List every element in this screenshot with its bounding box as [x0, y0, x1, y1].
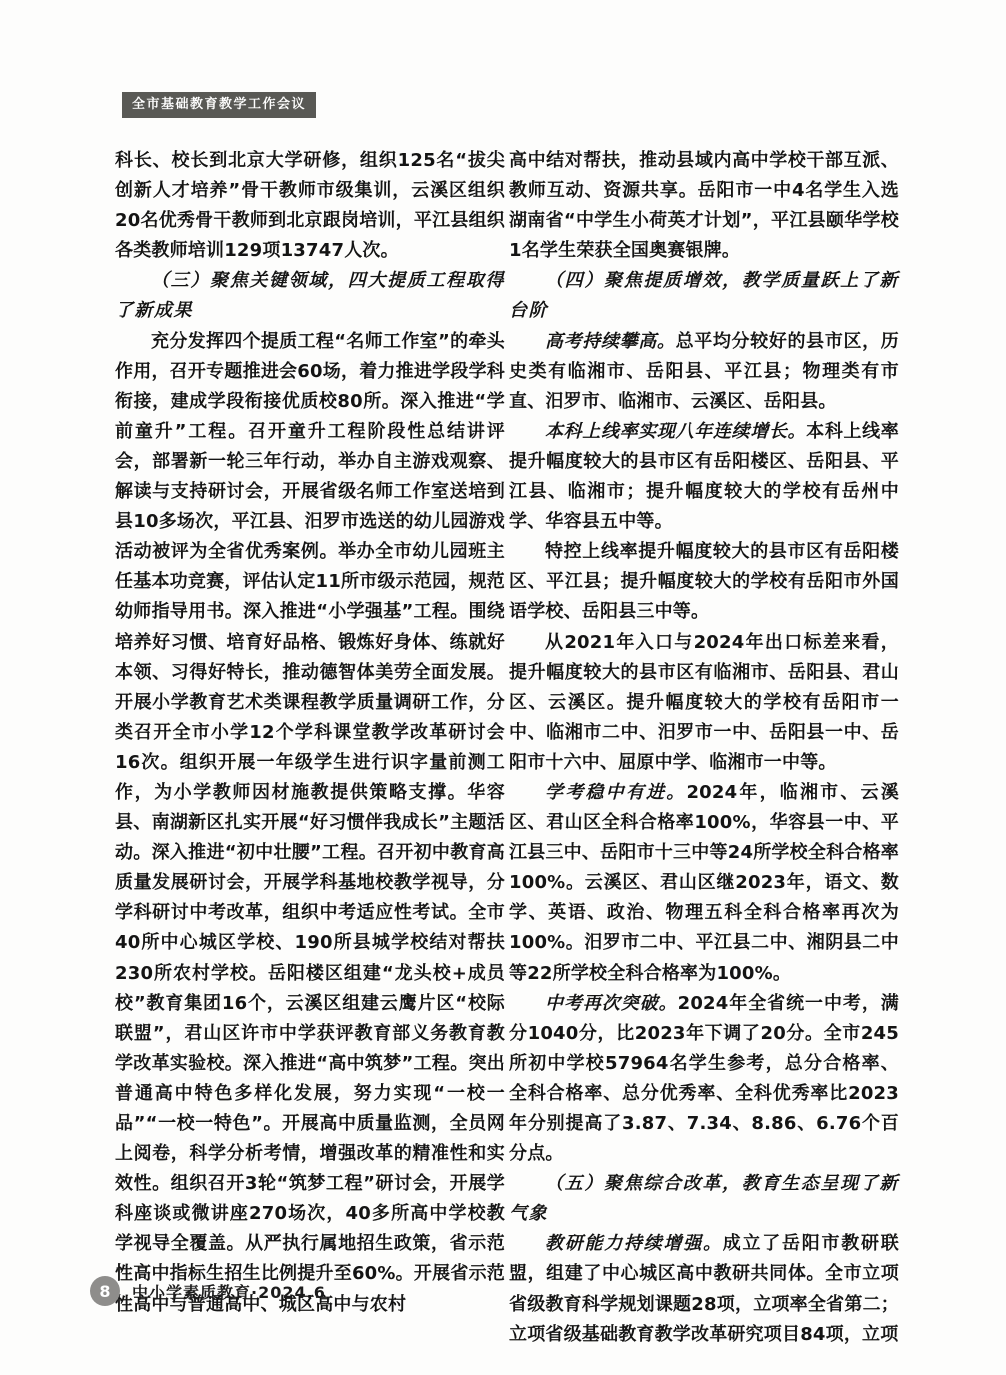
page-footer: 8 中小学素质教育·2024.6 [90, 1276, 326, 1306]
paragraph-lead: 本科上线率实现八年连续增长。 [545, 421, 806, 442]
document-page: 全市基础教育教学工作会议 科长、校长到北京大学研修，组织125名“拔尖创新人才培… [0, 0, 1006, 1375]
paragraph: 高考持续攀高。总平均分较好的县市区，历史类有临湘市、岳阳县、平江县；物理类有市直… [509, 327, 899, 417]
subsection-heading: （五）聚焦综合改革，教育生态呈现了新气象 [509, 1169, 899, 1229]
page-number-badge: 8 [90, 1276, 120, 1306]
paragraph: 学考稳中有进。2024年，临湘市、云溪区、君山区全科合格率100%，华容县一中、… [509, 778, 899, 989]
paragraph: 科长、校长到北京大学研修，组织125名“拔尖创新人才培养”骨干教师市级集训，云溪… [115, 146, 505, 266]
subsection-heading: （三）聚焦关键领域，四大提质工程取得了新成果 [115, 266, 505, 326]
paragraph: 高中结对帮扶，推动县域内高中学校干部互派、教师互动、资源共享。岳阳市一中4名学生… [509, 146, 899, 266]
subsection-heading: （四）聚焦提质增效，教学质量跃上了新台阶 [509, 266, 899, 326]
paragraph: 教研能力持续增强。成立了岳阳市教研联盟，组建了中心城区高中教研共同体。全市立项省… [509, 1229, 899, 1349]
paragraph-lead: 学考稳中有进。 [545, 782, 686, 803]
paragraph-lead: 高考持续攀高。 [545, 331, 676, 352]
left-column: 科长、校长到北京大学研修，组织125名“拔尖创新人才培养”骨干教师市级集训，云溪… [115, 146, 505, 1320]
paragraph-lead: 中考再次突破。 [545, 993, 678, 1014]
paragraph: 特控上线率提升幅度较大的县市区有岳阳楼区、平江县；提升幅度较大的学校有岳阳市外国… [509, 537, 899, 627]
paragraph: 从2021年入口与2024年出口标差来看，提升幅度较大的县市区有临湘市、岳阳县、… [509, 628, 899, 778]
section-header-badge: 全市基础教育教学工作会议 [122, 92, 316, 118]
paragraph-lead: 教研能力持续增强。 [545, 1233, 723, 1254]
right-column: 高中结对帮扶，推动县域内高中学校干部互派、教师互动、资源共享。岳阳市一中4名学生… [509, 146, 899, 1350]
journal-title: 中小学素质教育·2024.6 [132, 1280, 326, 1303]
paragraph: 充分发挥四个提质工程“名师工作室”的牵头作用，召开专题推进会60场，着力推进学段… [115, 327, 505, 1320]
paragraph: 中考再次突破。2024年全省统一中考，满分1040分，比2023年下调了20分。… [509, 989, 899, 1170]
paragraph: 本科上线率实现八年连续增长。本科上线率提升幅度较大的县市区有岳阳楼区、岳阳县、平… [509, 417, 899, 537]
